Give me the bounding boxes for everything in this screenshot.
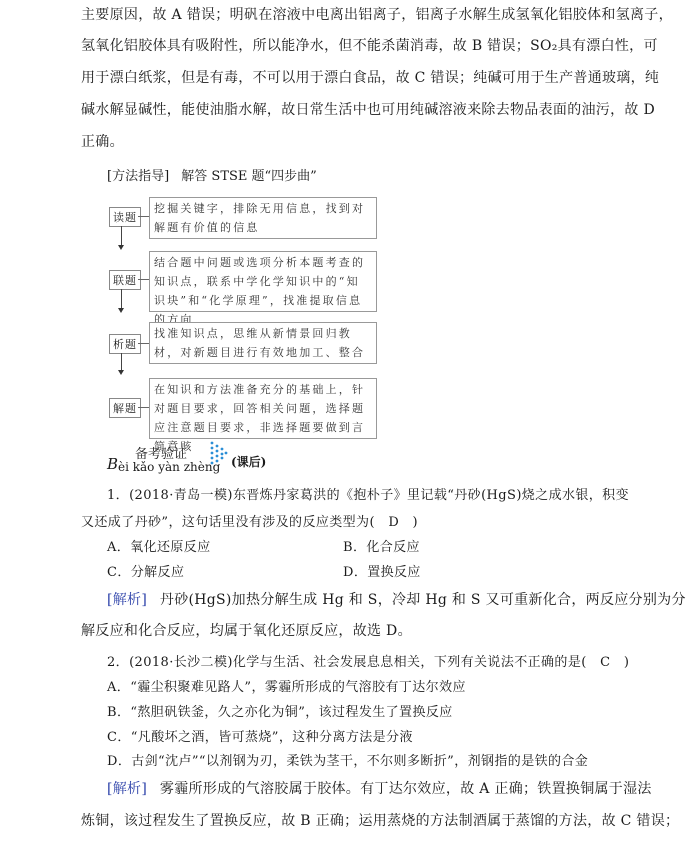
option-d: D．置换反应 <box>343 561 421 580</box>
step-label-solve: 解题 <box>109 398 141 418</box>
section-title-pinyin: èi kǎo yàn zhèng <box>118 460 220 474</box>
pinyin-initial: B <box>107 455 118 473</box>
step-box-connect: 结合题中问题或选项分析本题考查的知识点，联系中学化学知识中的“知识块”和“化学原… <box>149 251 377 312</box>
analysis-text: 丹砂(HgS)加热分解生成 Hg 和 S，冷却 Hg 和 S 又可重新化合，两反… <box>160 592 686 608</box>
section-tag: (课后) <box>231 453 266 470</box>
analysis-line: [解析] 丹砂(HgS)加热分解生成 Hg 和 S，冷却 Hg 和 S 又可重新… <box>107 589 686 609</box>
analysis-line: [解析] 雾霾所形成的气溶胶属于胶体。有丁达尔效应，故 A 正确；铁置换铜属于湿… <box>107 778 652 798</box>
option-b: B．“熬胆矾铁釜，久之亦化为铜”，该过程发生了置换反应 <box>107 701 453 720</box>
connector-line <box>138 216 149 217</box>
question-stem-line: 2．(2018·长沙二模)化学与生活、社会发展息息相关，下列有关说法不正确的是(… <box>107 651 629 670</box>
connector-line <box>138 343 149 344</box>
arrow-down-icon <box>118 245 124 250</box>
analysis-line: 炼铜，该过程发生了置换反应，故 B 正确；运用蒸烧的方法制酒属于蒸馏的方法，故 … <box>81 810 679 830</box>
intro-line: 碱水解显碱性，能使油脂水解，故日常生活中也可用纯碱溶液来除去物品表面的油污，故 … <box>81 99 655 119</box>
question-stem-line: 1．(2018·青岛一模)东晋炼丹家葛洪的《抱朴子》里记载“丹砂(HgS)烧之成… <box>107 484 629 503</box>
step-box-solve: 在知识和方法准备充分的基础上，针对题目要求，回答相关问题，选择题应注意题目要求，… <box>149 378 377 439</box>
arrow-down-icon <box>118 370 124 375</box>
intro-line: 用于漂白纸浆，但是有毒，不可以用于漂白食品，故 C 错误；纯碱可用于生产普通玻璃… <box>81 67 659 87</box>
step-label-connect: 联题 <box>109 270 141 290</box>
arrow-down-icon <box>118 308 124 313</box>
step-box-analyze: 找准知识点，思维从新情景回归教材，对新题目进行有效地加工、整合 <box>149 322 377 364</box>
option-c: C．“凡酸坏之酒，皆可蒸烧”，这种分离方法是分液 <box>107 726 413 745</box>
option-b: B．化合反应 <box>343 536 420 555</box>
analysis-tag: [解析] <box>107 592 147 608</box>
intro-line: 正确。 <box>81 131 124 151</box>
option-a: A．“霾尘积聚难见路人”，雾霾所形成的气溶胶有丁达尔效应 <box>107 676 466 695</box>
option-d: D．古剑“沈卢”“以剂钢为刃，柔铁为茎干，不尔则多断折”，剂钢指的是铁的合金 <box>107 750 588 769</box>
connector-line <box>138 407 149 408</box>
connector-line <box>138 279 149 280</box>
step-label-read: 读题 <box>109 207 141 227</box>
step-label-analyze: 析题 <box>109 334 141 354</box>
option-a: A．氧化还原反应 <box>107 536 211 555</box>
triangle-dots-icon <box>210 441 228 467</box>
method-guide-title: 解答 STSE 题“四步曲” <box>181 169 317 184</box>
analysis-tag: [解析] <box>107 781 147 797</box>
step-box-read: 挖掘关键字，排除无用信息，找到对解题有价值的信息 <box>149 197 377 239</box>
analysis-line: 解反应和化合反应，均属于氧化还原反应，故选 D。 <box>81 620 412 640</box>
question-stem-line: 又还成了丹砂”，这句话里没有涉及的反应类型为( D ) <box>81 511 418 530</box>
method-guide-tag: [方法指导] <box>107 169 169 184</box>
flow-arrow-line <box>121 353 122 371</box>
flow-arrow-line <box>121 289 122 309</box>
flow-arrow-line <box>121 226 122 246</box>
method-guide-heading: [方法指导] 解答 STSE 题“四步曲” <box>107 165 317 184</box>
analysis-text: 雾霾所形成的气溶胶属于胶体。有丁达尔效应，故 A 正确；铁置换铜属于湿法 <box>160 781 652 797</box>
intro-line: 主要原因，故 A 错误；明矾在溶液中电离出铝离子，铝离子水解生成氢氧化铝胶体和氢… <box>81 4 673 24</box>
intro-line: 氢氧化铝胶体具有吸附性，所以能净水，但不能杀菌消毒，故 B 错误；SO₂具有漂白… <box>81 35 658 55</box>
option-c: C．分解反应 <box>107 561 184 580</box>
